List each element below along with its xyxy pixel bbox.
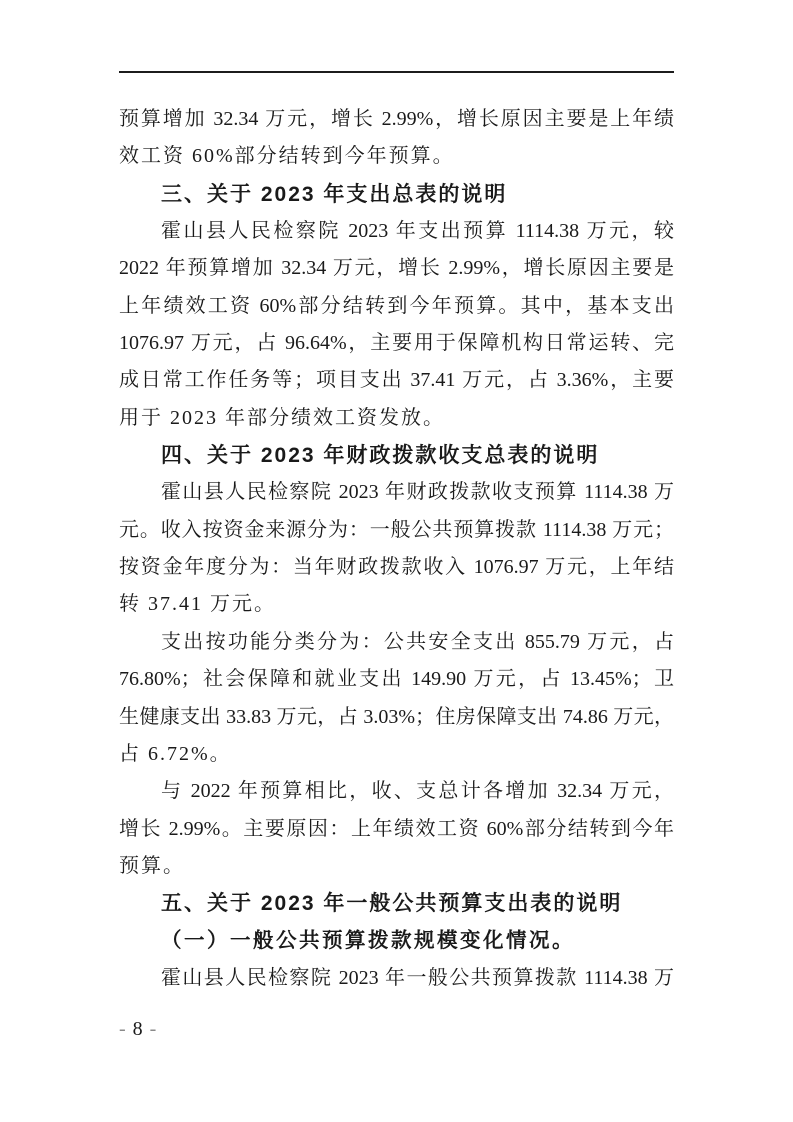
body-line: 按资金年度分为：当年财政拨款收入 1076.97 万元，上年结	[119, 549, 674, 586]
page-number-dash: -	[119, 1018, 126, 1040]
body-line: 1076.97 万元，占 96.64%，主要用于保障机构日常运转、完	[119, 325, 674, 362]
body-line: 霍山县人民检察院 2023 年一般公共预算拨款 1114.38 万	[119, 960, 674, 997]
header-rule	[119, 71, 674, 73]
body-line: 预算增加 32.34 万元，增长 2.99%，增长原因主要是上年绩	[119, 101, 674, 138]
body-line: 元。收入按资金来源分为：一般公共预算拨款 1114.38 万元；	[119, 512, 674, 549]
document-page: 预算增加 32.34 万元，增长 2.99%，增长原因主要是上年绩 效工资 60…	[0, 0, 793, 1122]
page-number-value: 8	[133, 1018, 143, 1040]
body-line: 占 6.72%。	[119, 736, 674, 773]
body-line: 霍山县人民检察院 2023 年支出预算 1114.38 万元，较	[119, 213, 674, 250]
body-line: 2022 年预算增加 32.34 万元，增长 2.99%，增长原因主要是	[119, 250, 674, 287]
section-heading-5: 五、关于 2023 年一般公共预算支出表的说明	[119, 885, 674, 922]
body-line: 生健康支出 33.83 万元，占 3.03%；住房保障支出 74.86 万元，	[119, 699, 674, 736]
page-number-dash: -	[150, 1018, 157, 1040]
body-line: 增长 2.99%。主要原因：上年绩效工资 60%部分结转到今年	[119, 811, 674, 848]
body-line: 转 37.41 万元。	[119, 586, 674, 623]
subsection-heading-1: （一）一般公共预算拨款规模变化情况。	[119, 923, 674, 960]
body-line: 与 2022 年预算相比，收、支总计各增加 32.34 万元，	[119, 773, 674, 810]
body-line: 76.80%；社会保障和就业支出 149.90 万元，占 13.45%；卫	[119, 661, 674, 698]
document-body: 预算增加 32.34 万元，增长 2.99%，增长原因主要是上年绩 效工资 60…	[119, 101, 674, 997]
section-heading-3: 三、关于 2023 年支出总表的说明	[119, 176, 674, 213]
body-line: 效工资 60%部分结转到今年预算。	[119, 138, 674, 175]
section-heading-4: 四、关于 2023 年财政拨款收支总表的说明	[119, 437, 674, 474]
page-number: -8-	[119, 1017, 156, 1041]
body-line: 预算。	[119, 848, 674, 885]
body-line: 支出按功能分类分为：公共安全支出 855.79 万元，占	[119, 624, 674, 661]
body-line: 上年绩效工资 60%部分结转到今年预算。其中，基本支出	[119, 288, 674, 325]
body-line: 成日常工作任务等；项目支出 37.41 万元，占 3.36%，主要	[119, 362, 674, 399]
body-line: 霍山县人民检察院 2023 年财政拨款收支预算 1114.38 万	[119, 474, 674, 511]
body-line: 用于 2023 年部分绩效工资发放。	[119, 400, 674, 437]
